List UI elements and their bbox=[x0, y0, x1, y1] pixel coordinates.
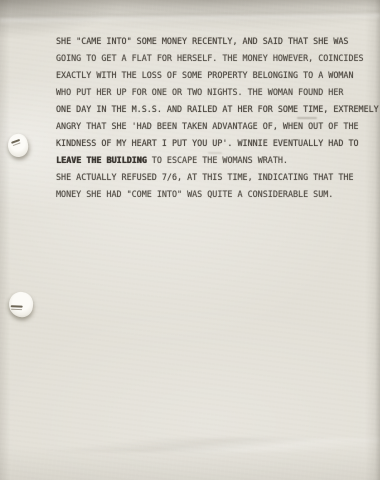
typed-line: WHO PUT HER UP FOR ONE OR TWO NIGHTS. TH… bbox=[56, 84, 380, 101]
typed-line: SHE ACTUALLY REFUSED 7/6, AT THIS TIME, … bbox=[56, 169, 380, 186]
typed-paragraph: SHE "CAME INTO" SOME MONEY RECENTLY, AND… bbox=[56, 33, 380, 203]
typed-line: GOING TO GET A FLAT FOR HERSELF. THE MON… bbox=[56, 50, 380, 67]
document-page: SHE "CAME INTO" SOME MONEY RECENTLY, AND… bbox=[0, 0, 380, 480]
typed-line: EXACTLY WITH THE LOSS OF SOME PROPERTY B… bbox=[56, 67, 380, 84]
typed-line: ONE DAY IN THE M.S.S. AND RAILED AT HER … bbox=[56, 101, 380, 118]
punch-hole-top bbox=[6, 132, 30, 159]
typed-line: KINDNESS OF MY HEART I PUT YOU UP'. WINN… bbox=[56, 135, 380, 152]
typed-line: SHE "CAME INTO" SOME MONEY RECENTLY, AND… bbox=[56, 33, 380, 50]
paper-crease-bottom bbox=[0, 438, 380, 452]
punch-hole-bottom bbox=[7, 290, 34, 318]
typed-line-bold-segment: LEAVE THE BUILDING bbox=[56, 155, 147, 165]
typed-line-rest-segment: TO ESCAPE THE WOMANS WRATH. bbox=[147, 155, 288, 165]
typed-line: ANGRY THAT SHE 'HAD BEEN TAKEN ADVANTAGE… bbox=[56, 118, 380, 135]
typed-line: LEAVE THE BUILDING TO ESCAPE THE WOMANS … bbox=[56, 152, 380, 169]
typed-line: MONEY SHE HAD "COME INTO" WAS QUITE A CO… bbox=[56, 186, 380, 203]
paper-crease-top bbox=[0, 11, 380, 25]
